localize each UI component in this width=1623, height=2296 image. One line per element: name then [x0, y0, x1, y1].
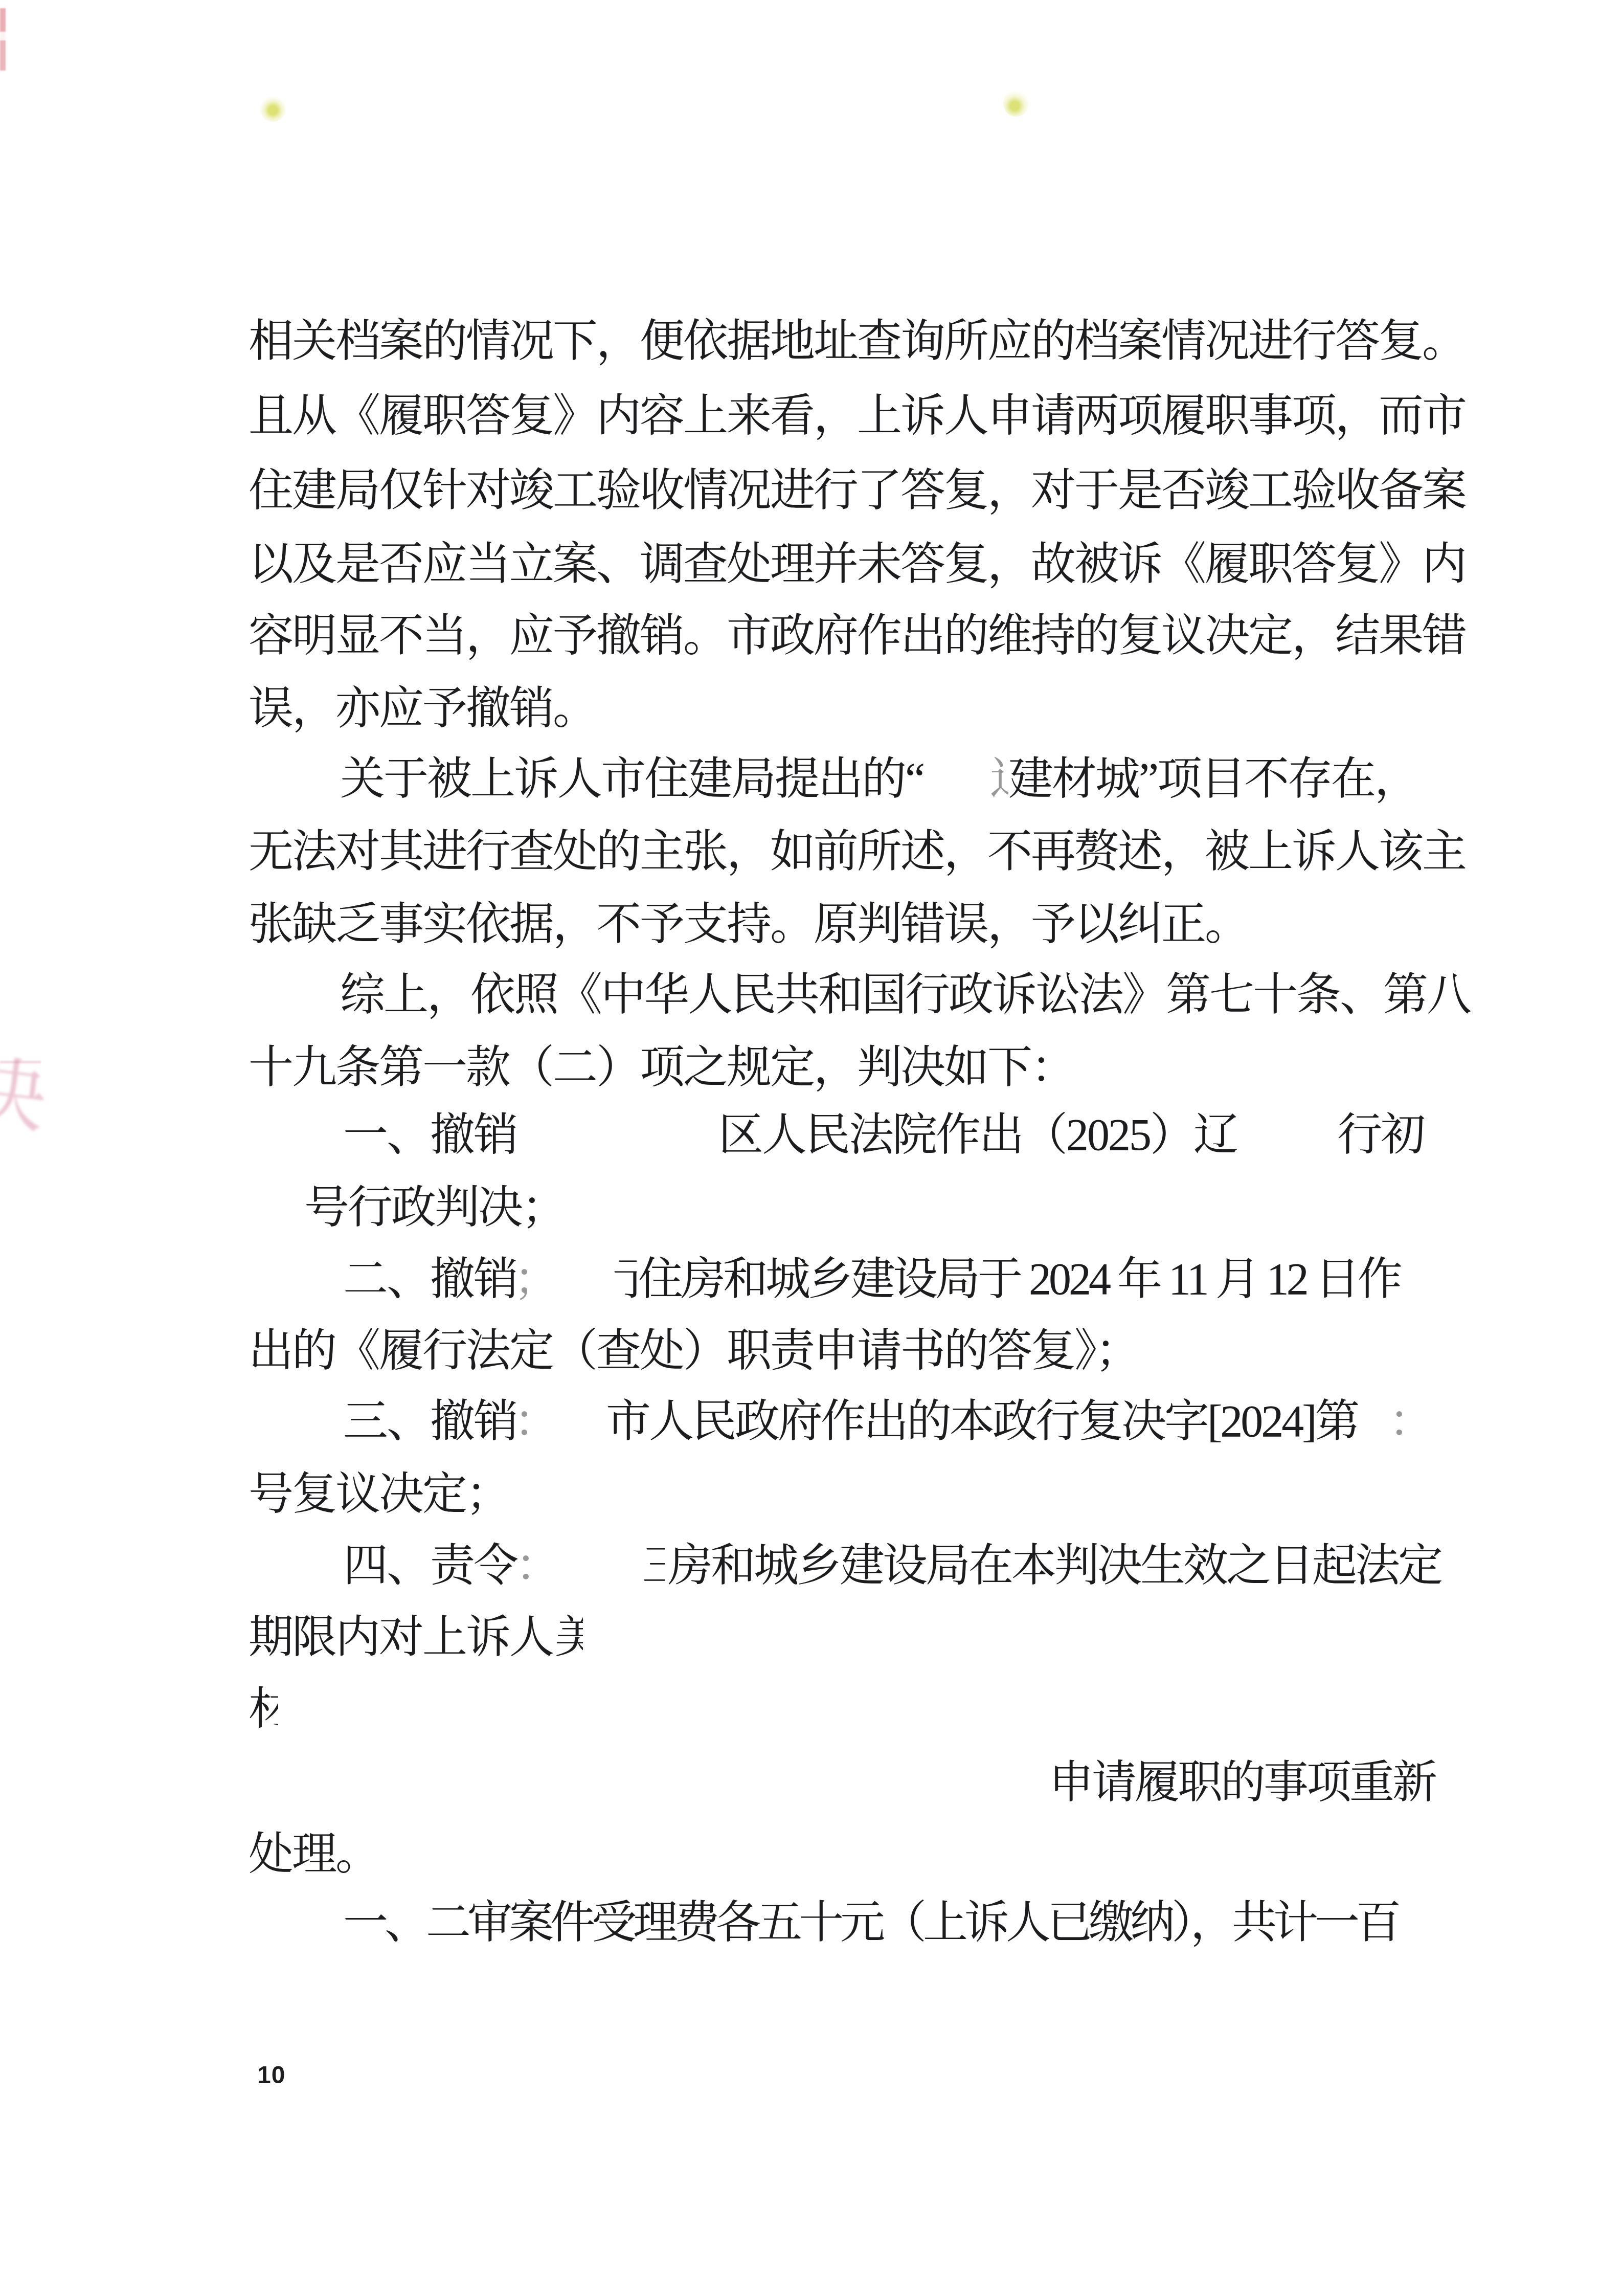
- redaction-remnant: ：: [515, 1540, 559, 1593]
- redaction-remnant: 美: [555, 1611, 583, 1664]
- text-line: 住建局仅针对竣工验收情况进行了答复，对于是否竣工验收备案: [0, 464, 1623, 521]
- text-line: 张缺乏事实依据，不予支持。原判错误，予以纠正。: [0, 898, 1623, 954]
- text-segment: 四、责令: [343, 1540, 517, 1593]
- text-segment: 市人民政府作出的本政行复决字[2024]第: [606, 1395, 1358, 1448]
- redaction-remnant: ：: [1389, 1395, 1432, 1448]
- text-segment: 二、撤销: [343, 1253, 517, 1306]
- text-segment: 建材城”项目不存在，: [1008, 753, 1418, 806]
- redaction-remnant: ：: [514, 1395, 557, 1448]
- text-line: 申请履职的事项重新: [0, 1756, 1623, 1813]
- text-segment: 综上，依照《中华人民共和国行政诉讼法》第七十条、第八: [340, 969, 1470, 1022]
- text-segment: 以及是否应当立案、调查处理并未答复，故被诉《履职答复》内: [249, 538, 1466, 591]
- text-line: 以及是否应当立案、调查处理并未答复，故被诉《履职答复》内: [0, 538, 1623, 594]
- scan-stain-dot: [1003, 90, 1029, 117]
- redaction-remnant: 三: [642, 1540, 665, 1593]
- text-segment: 期限内对上诉人: [249, 1611, 553, 1664]
- text-line: 三、撤销：市人民政府作出的本政行复决字[2024]第：: [0, 1395, 1623, 1452]
- text-segment: 相关档案的情况下，便依据地址查询所应的档案情况进行答复。: [249, 315, 1466, 368]
- text-segment: 容明显不当，应予撤销。市政府作出的维持的复议决定，结果错: [249, 610, 1466, 663]
- text-line: 出的《履行法定（查处）职责申请书的答复》；: [0, 1325, 1623, 1381]
- text-segment: 且从《履职答复》内容上来看，上诉人申请两项履职事项，而市: [249, 390, 1466, 443]
- text-line: 一、二审案件受理费各五十元（上诉人已缴纳），共计一百: [0, 1897, 1623, 1953]
- redaction-remnant: 辶: [990, 753, 1008, 806]
- text-segment: 关于被上诉人市住建局提出的“: [340, 753, 923, 806]
- text-segment: 无法对其进行查处的主张，如前所述，不再赘述，被上诉人该主: [249, 826, 1466, 879]
- text-line: 容明显不当，应予撤销。市政府作出的维持的复议决定，结果错: [0, 610, 1623, 666]
- text-line: 误，亦应予撤销。: [0, 682, 1623, 739]
- text-line: 相关档案的情况下，便依据地址查询所应的档案情况进行答复。: [0, 315, 1623, 371]
- text-line: 一、撤销区人民法院作出（2025）辽行初: [0, 1109, 1623, 1165]
- page: 决 相关档案的情况下，便依据地址查询所应的档案情况进行答复。且从《履职答复》内容…: [0, 0, 1623, 2296]
- text-segment: 三、撤销: [343, 1395, 517, 1448]
- text-segment: 号行政判决；: [304, 1182, 565, 1235]
- text-segment: 十九条第一款（二）项之规定，判决如下：: [249, 1041, 1074, 1095]
- text-line: 综上，依照《中华人民共和国行政诉讼法》第七十条、第八: [0, 969, 1623, 1025]
- text-line: 号复议决定；: [0, 1468, 1623, 1524]
- text-segment: 号复议决定；: [249, 1468, 509, 1521]
- text-line: 处理。: [0, 1828, 1623, 1884]
- text-segment: 区人民法院作出（2025）辽: [718, 1109, 1237, 1162]
- text-line: 期限内对上诉人美: [0, 1611, 1623, 1667]
- text-line: 四、责令：三房和城乡建设局在本判决生效之日起法定: [0, 1540, 1623, 1596]
- text-segment: 行初: [1337, 1109, 1424, 1162]
- text-line: 关于被上诉人市住建局提出的“辶建材城”项目不存在，: [0, 753, 1623, 809]
- text-segment: 出的《履行法定（查处）职责申请书的答复》；: [249, 1325, 1139, 1378]
- scan-stain-dot: [260, 96, 286, 122]
- text-segment: 申请履职的事项重新: [1049, 1756, 1435, 1810]
- redaction-remnant: 材: [249, 1683, 278, 1736]
- text-segment: 住房和城乡建设局于 2024 年 11 月 12 日作: [638, 1253, 1400, 1306]
- text-segment: 住建局仅针对竣工验收情况进行了答复，对于是否竣工验收备案: [249, 464, 1466, 518]
- redaction-remnant: ；: [514, 1253, 557, 1306]
- scan-edge-red-mark: [0, 8, 6, 71]
- text-segment: 处理。: [249, 1828, 379, 1881]
- text-line: 十九条第一款（二）项之规定，判决如下：: [0, 1041, 1623, 1098]
- text-segment: 一、撤销: [343, 1109, 517, 1162]
- text-segment: 张缺乏事实依据，不予支持。原判错误，予以纠正。: [249, 898, 1248, 951]
- text-line: 无法对其进行查处的主张，如前所述，不再赘述，被上诉人该主: [0, 826, 1623, 882]
- text-line: 材: [0, 1683, 1623, 1739]
- redaction-remnant: 亍: [612, 1253, 637, 1306]
- text-segment: 一、二审案件受理费各五十元（上诉人已缴纳），共计一百: [343, 1897, 1397, 1950]
- page-number: 10: [257, 2061, 285, 2089]
- text-line: 二、撤销；亍住房和城乡建设局于 2024 年 11 月 12 日作: [0, 1253, 1623, 1309]
- text-segment: 误，亦应予撤销。: [249, 682, 596, 735]
- text-segment: 房和城乡建设局在本判决生效之日起法定: [668, 1540, 1441, 1593]
- text-line: 且从《履职答复》内容上来看，上诉人申请两项履职事项，而市: [0, 390, 1623, 446]
- text-line: 号行政判决；: [0, 1182, 1623, 1238]
